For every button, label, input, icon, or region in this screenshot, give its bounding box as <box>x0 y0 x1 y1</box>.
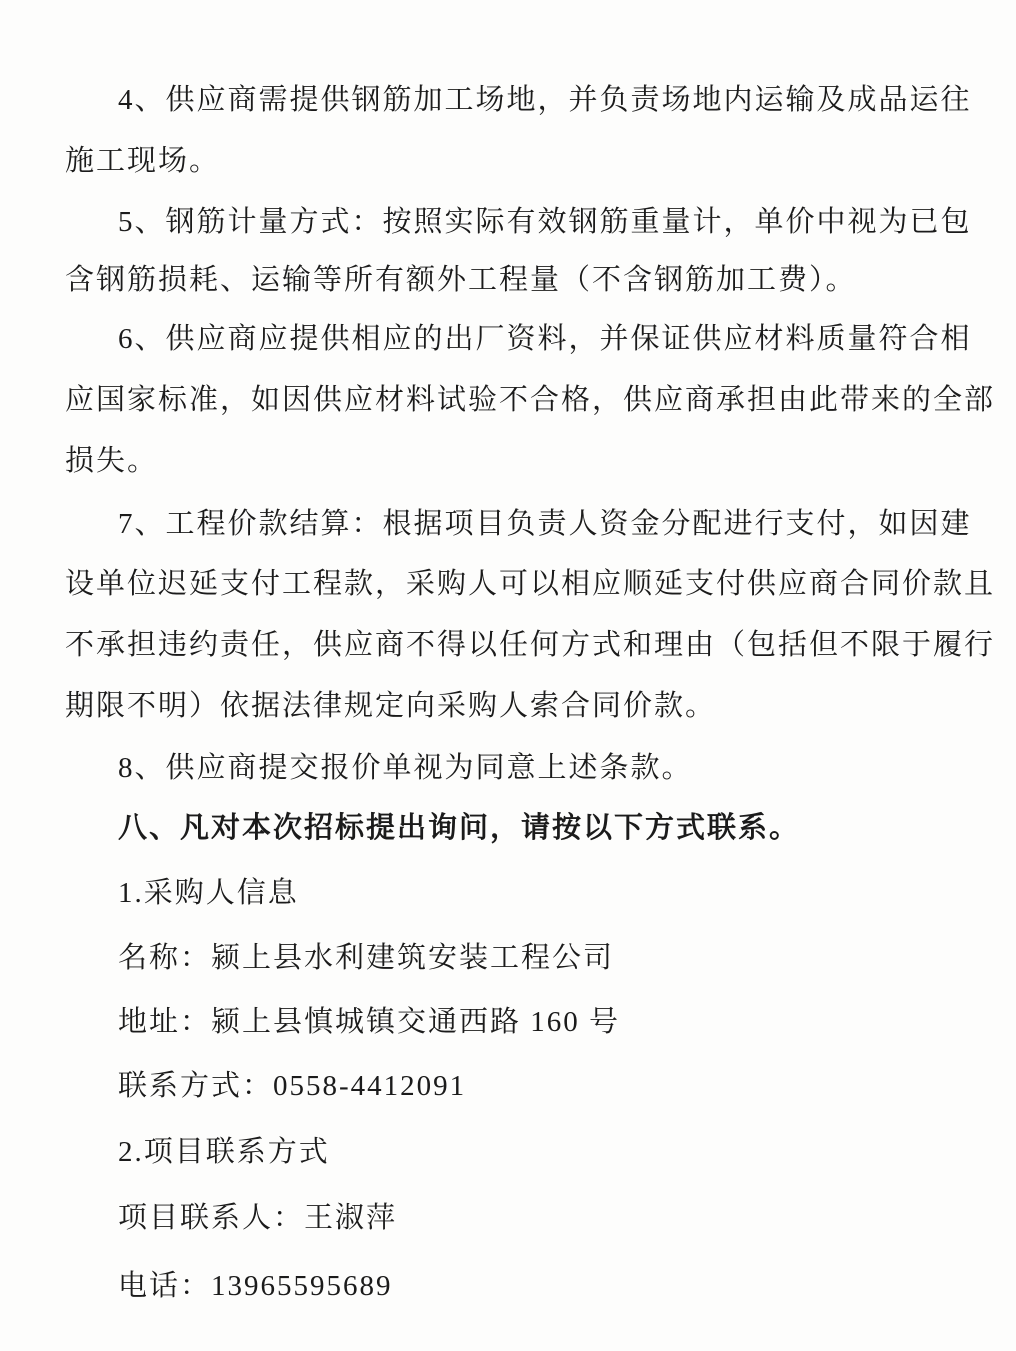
clause-6-line-1: 6、供应商应提供相应的出厂资料，并保证供应材料质量符合相 <box>118 325 972 354</box>
clause-6-line-2: 应国家标准，如因供应材料试验不合格，供应商承担由此带来的全部 <box>65 386 995 415</box>
project-contact-person-line: 项目联系人：王淑萍 <box>118 1204 397 1233</box>
purchaser-contact-line: 联系方式：0558-4412091 <box>118 1072 466 1101</box>
clause-5-line-2: 含钢筋损耗、运输等所有额外工程量（不含钢筋加工费）。 <box>65 266 857 295</box>
clause-7-line-4: 期限不明）依据法律规定向采购人索合同价款。 <box>65 692 716 721</box>
section-8-heading: 八、凡对本次招标提出询问，请按以下方式联系。 <box>118 814 800 843</box>
project-contact-heading: 2.项目联系方式 <box>118 1138 330 1167</box>
purchaser-info-heading: 1.采购人信息 <box>118 879 299 908</box>
clause-4-line-1: 4、供应商需提供钢筋加工场地，并负责场地内运输及成品运往 <box>118 86 972 115</box>
clause-4-line-2: 施工现场。 <box>65 147 220 176</box>
clause-7-line-3: 不承担违约责任，供应商不得以任何方式和理由（包括但不限于履行 <box>65 631 995 660</box>
clause-8-line-1: 8、供应商提交报价单视为同意上述条款。 <box>118 754 693 783</box>
clause-7-line-2: 设单位迟延支付工程款，采购人可以相应顺延支付供应商合同价款且 <box>65 570 995 599</box>
document-page: 4、供应商需提供钢筋加工场地，并负责场地内运输及成品运往 施工现场。 5、钢筋计… <box>0 0 1016 1351</box>
project-contact-phone-line: 电话：13965595689 <box>118 1272 393 1301</box>
purchaser-name-line: 名称：颍上县水利建筑安装工程公司 <box>118 944 614 973</box>
clause-5-line-1: 5、钢筋计量方式：按照实际有效钢筋重量计，单价中视为已包 <box>118 208 972 237</box>
clause-7-line-1: 7、工程价款结算：根据项目负责人资金分配进行支付，如因建 <box>118 510 972 539</box>
purchaser-address-line: 地址：颍上县慎城镇交通西路 160 号 <box>118 1008 620 1037</box>
clause-6-line-3: 损失。 <box>65 447 158 476</box>
